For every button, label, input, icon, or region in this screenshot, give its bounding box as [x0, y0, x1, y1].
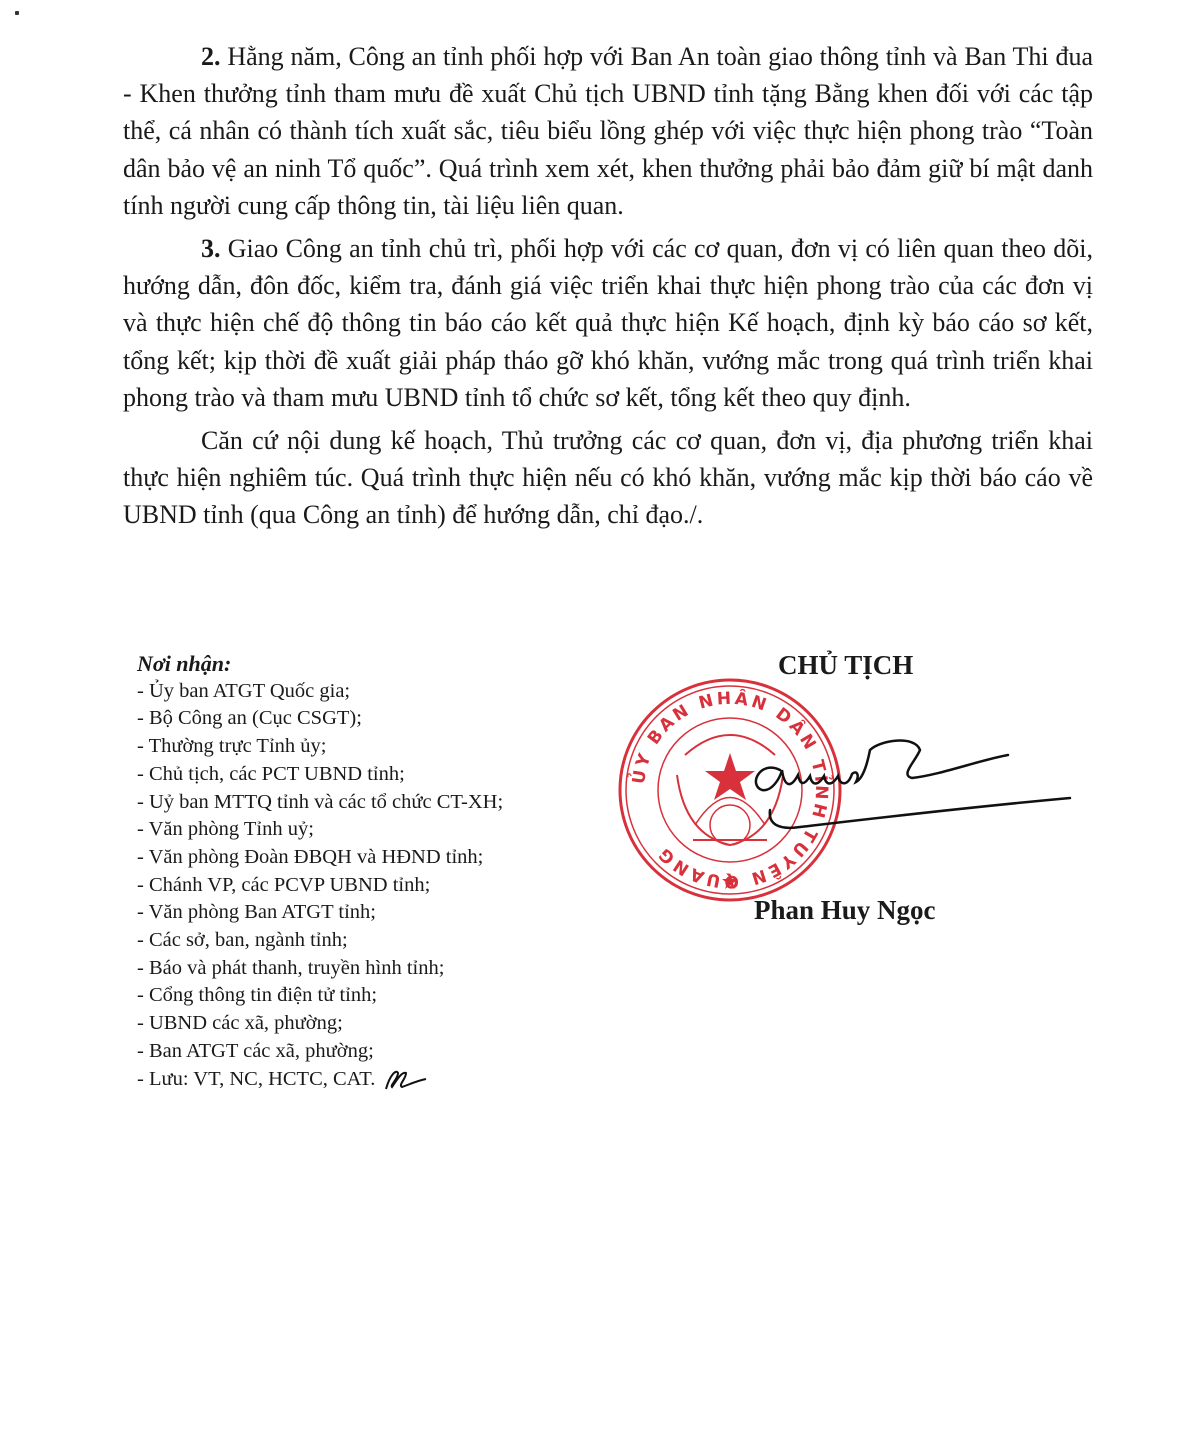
paragraph-text: Căn cứ nội dung kế hoạch, Thủ trưởng các… [123, 426, 1093, 529]
recipient-item: - Các sở, ban, ngành tỉnh; [137, 927, 503, 955]
recipients-title: Nơi nhận: [137, 650, 503, 678]
recipients-list: Nơi nhận: - Ủy ban ATGT Quốc gia;- Bộ Cô… [137, 650, 503, 1093]
scan-speck [15, 11, 19, 15]
recipient-item: - Bộ Công an (Cục CSGT); [137, 705, 503, 733]
signer-name: Phan Huy Ngọc [754, 895, 936, 926]
paragraph-number: 3. [201, 234, 221, 263]
recipient-item: - UBND các xã, phường; [137, 1010, 503, 1038]
paragraph-2: 2. Hằng năm, Công an tỉnh phối hợp với B… [123, 38, 1093, 224]
recipient-item: - Văn phòng Tỉnh uỷ; [137, 816, 503, 844]
closing-paragraph: Căn cứ nội dung kế hoạch, Thủ trưởng các… [123, 422, 1093, 534]
recipient-item: - Ủy ban ATGT Quốc gia; [137, 678, 503, 706]
paragraph-3: 3. Giao Công an tỉnh chủ trì, phối hợp v… [123, 230, 1093, 416]
document-body: 2. Hằng năm, Công an tỉnh phối hợp với B… [123, 38, 1093, 534]
signature-block: CHỦ TỊCH ỦY BAN NHÂN DÂN TỈNH TUYÊN QUAN… [610, 640, 1090, 940]
recipient-item: - Uỷ ban MTTQ tỉnh và các tổ chức CT-XH; [137, 789, 503, 817]
recipient-item: - Chủ tịch, các PCT UBND tỉnh; [137, 761, 503, 789]
recipient-item: - Lưu: VT, NC, HCTC, CAT. [137, 1066, 503, 1094]
initials-icon [380, 1067, 430, 1093]
signature-icon [740, 730, 1080, 840]
paragraph-text: Hằng năm, Công an tỉnh phối hợp với Ban … [123, 42, 1093, 220]
recipient-item: - Văn phòng Đoàn ĐBQH và HĐND tỉnh; [137, 844, 503, 872]
recipient-item: - Chánh VP, các PCVP UBND tỉnh; [137, 872, 503, 900]
recipient-item: - Thường trực Tỉnh ủy; [137, 733, 503, 761]
recipient-item: - Cổng thông tin điện tử tỉnh; [137, 982, 503, 1010]
paragraph-text: Giao Công an tỉnh chủ trì, phối hợp với … [123, 234, 1093, 412]
recipient-item: - Văn phòng Ban ATGT tỉnh; [137, 899, 503, 927]
paragraph-number: 2. [201, 42, 221, 71]
recipient-item: - Báo và phát thanh, truyền hình tỉnh; [137, 955, 503, 983]
recipient-item: - Ban ATGT các xã, phường; [137, 1038, 503, 1066]
